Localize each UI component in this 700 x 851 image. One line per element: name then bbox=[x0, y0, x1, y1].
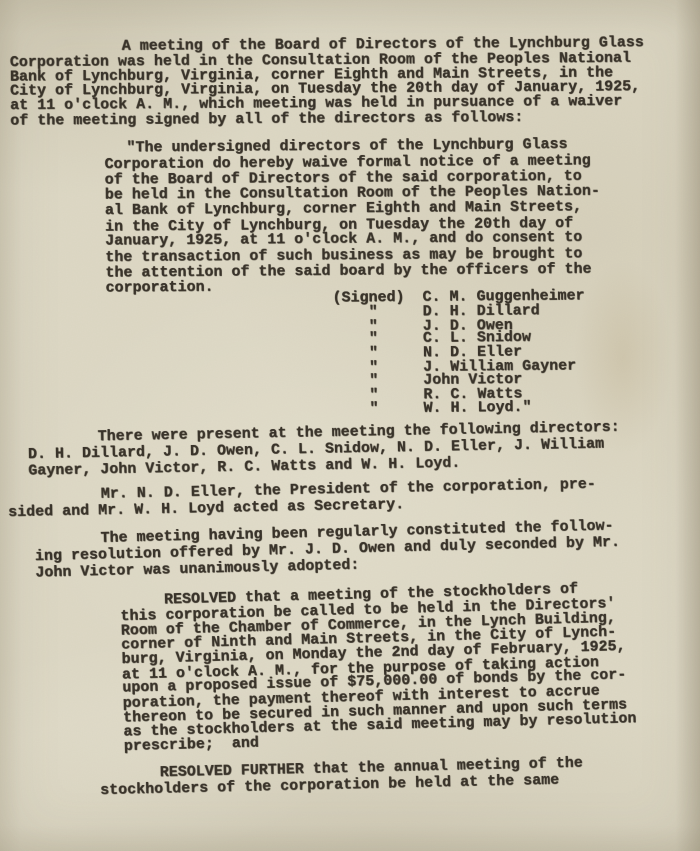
resolved-clause: RESOLVED that a meeting of the stockhold… bbox=[120, 582, 637, 755]
resolved-further-clause: RESOLVED FURTHER that the annual meeting… bbox=[100, 756, 584, 798]
text-line: " John Victor bbox=[333, 372, 585, 388]
text-line: " C. L. Snidow bbox=[333, 331, 585, 347]
waiver-quote-block: "The undersigned directors of the Lynchb… bbox=[104, 137, 600, 296]
text-line: "The undersigned directors of the Lynchb… bbox=[104, 137, 599, 156]
text-line: " W. H. Loyd." bbox=[333, 401, 585, 417]
paragraph-resolution-intro: The meeting having been regularly consti… bbox=[34, 519, 620, 581]
signature-block: (Signed) C. M. Guggenheimer " D. H. Dill… bbox=[332, 290, 585, 416]
paragraph-opening: A meeting of the Board of Directors of t… bbox=[10, 37, 645, 129]
text-line: be held in the Consultation Room of the … bbox=[105, 183, 600, 202]
paragraph-officers: Mr. N. D. Eller, the President of the co… bbox=[8, 477, 597, 520]
text-line: (Signed) C. M. Guggenheimer bbox=[332, 289, 584, 305]
document-page: A meeting of the Board of Directors of t… bbox=[0, 0, 700, 851]
paragraph-attendance: There were present at the meeting the fo… bbox=[28, 420, 621, 479]
text-line: of the meeting signed by all of the dire… bbox=[10, 110, 644, 129]
text-line: January, 1925, at 11 o'clock A. M., and … bbox=[105, 230, 600, 249]
